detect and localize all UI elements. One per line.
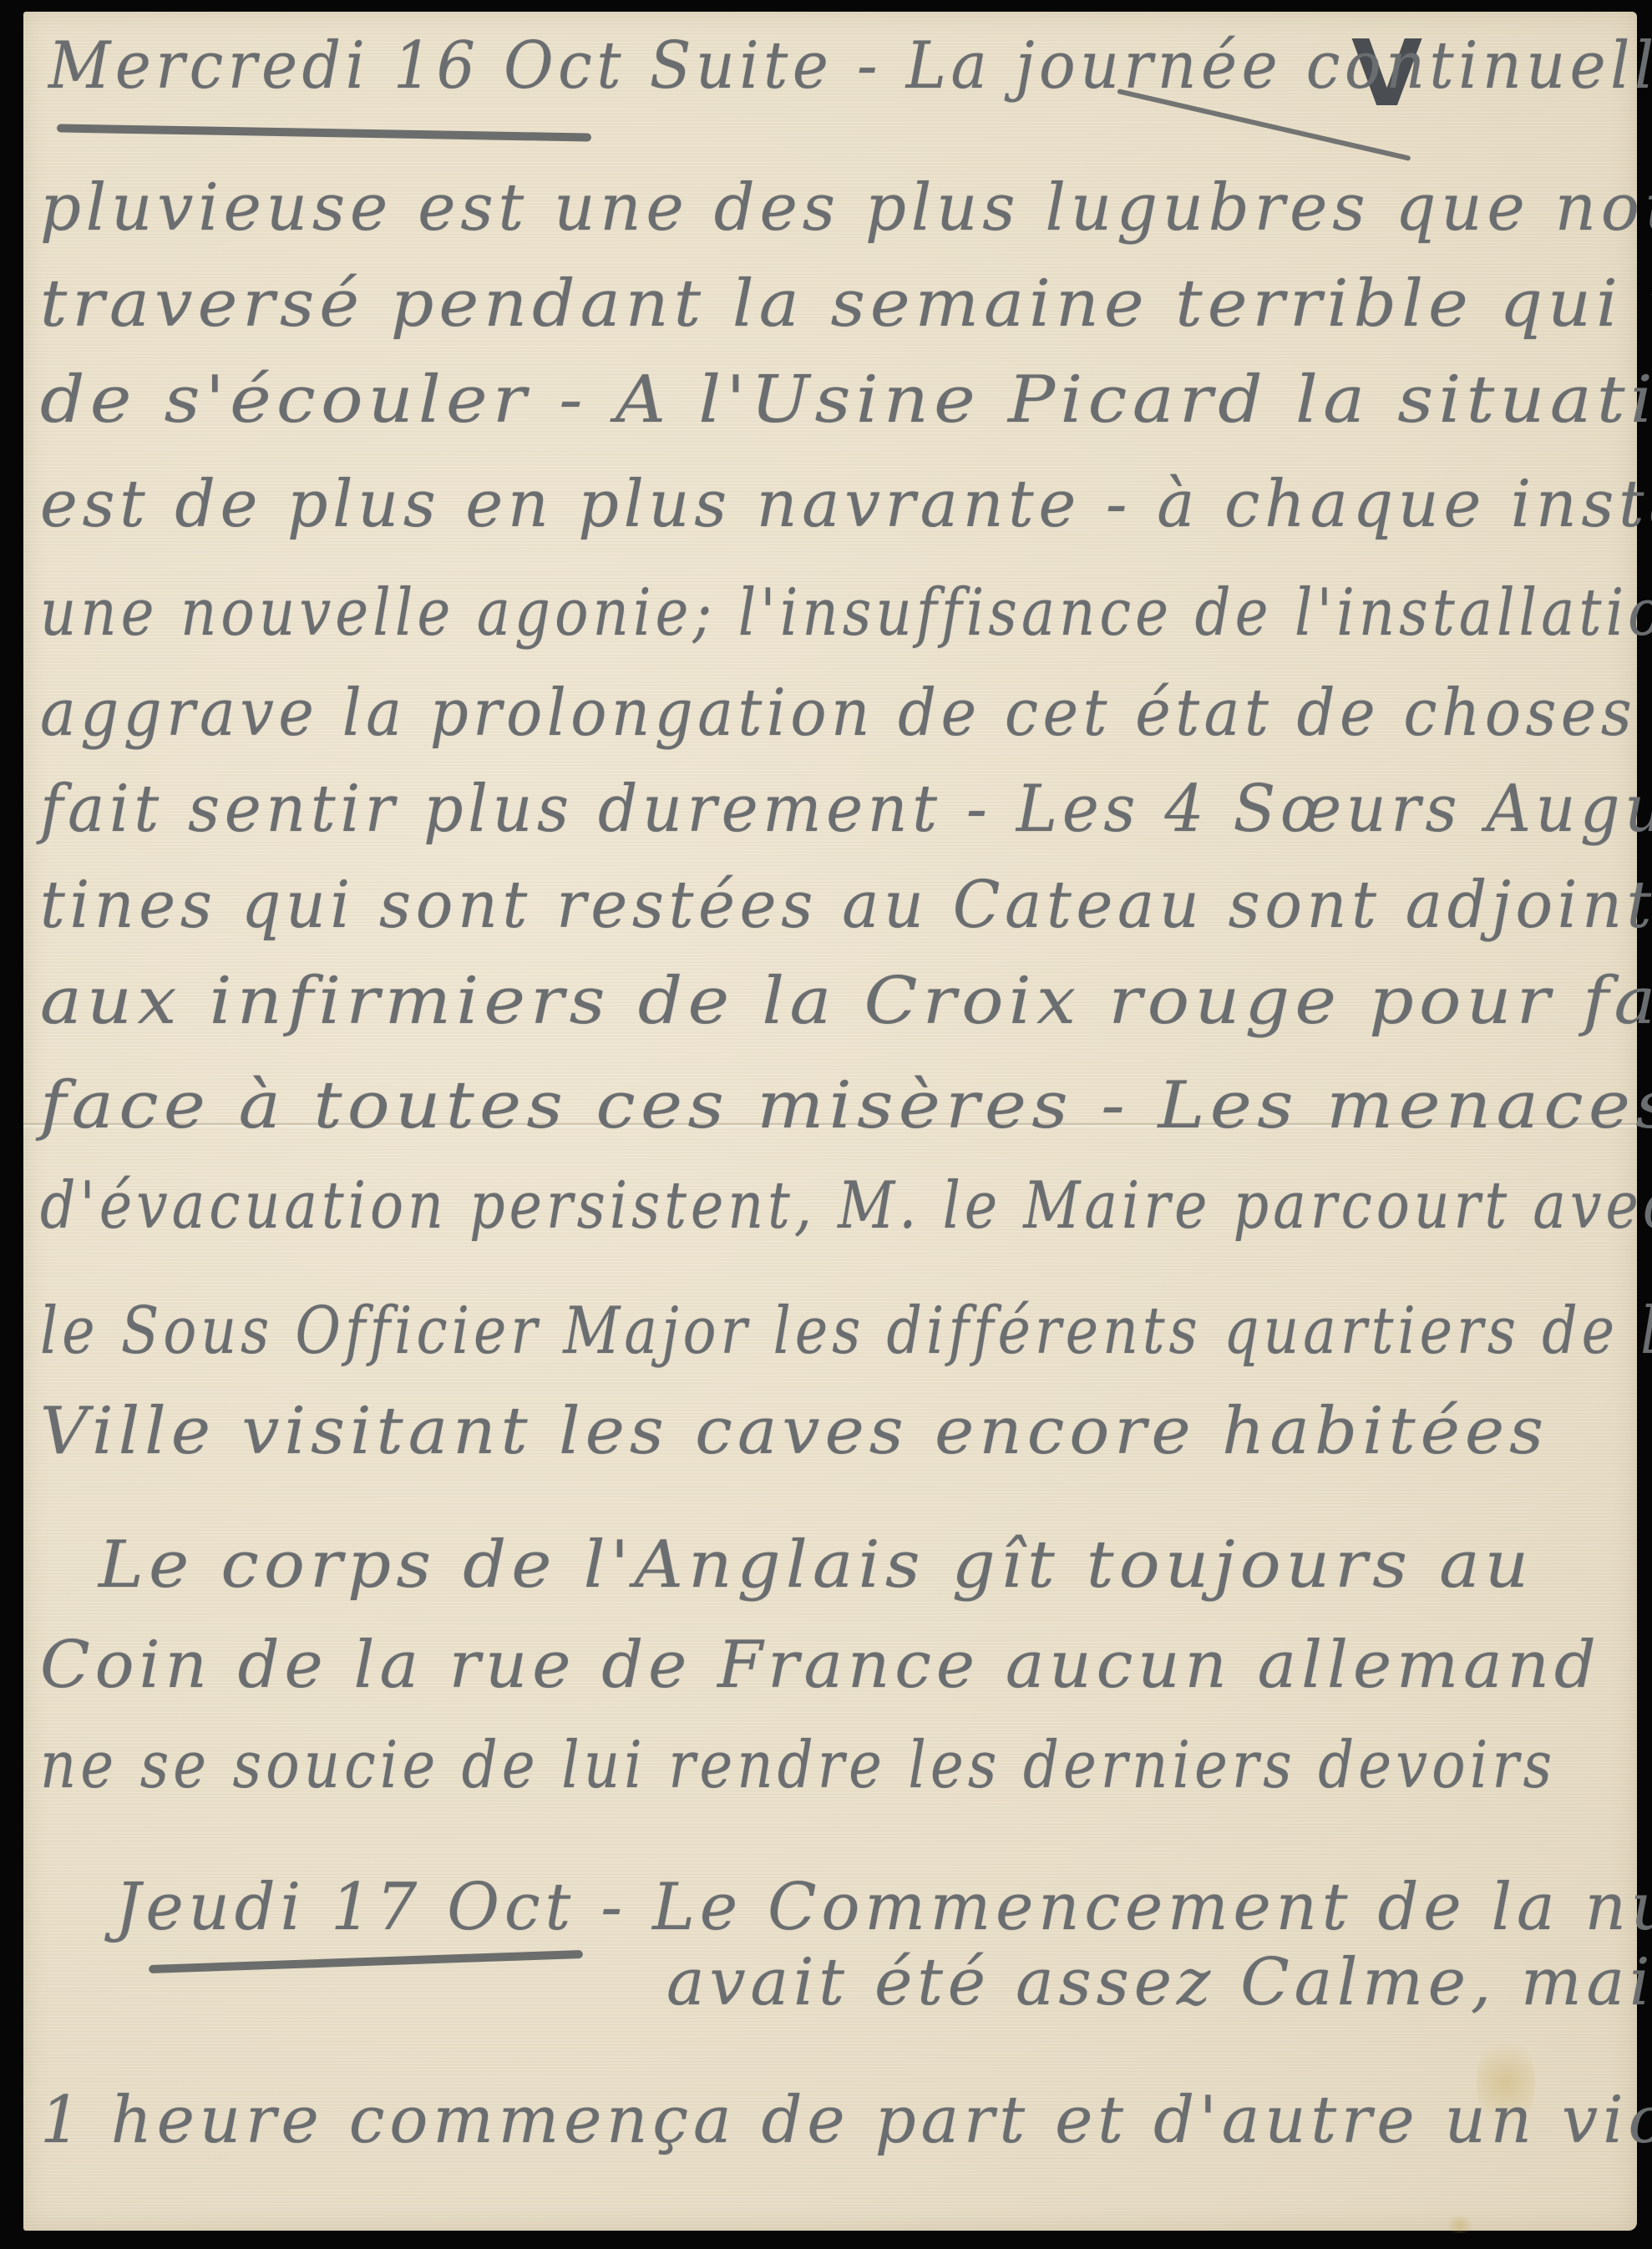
date-underline [57,124,591,141]
entry-2-line-2: avait été assez Calme, mais vers [666,1945,1652,2020]
entry-1-line-10: aux infirmiers de la Croix rouge pour fa… [40,964,1652,1039]
entry-1-line-11: face à toutes ces misères - Les menaces [40,1068,1652,1143]
entry-1-line-13: le Sous Officier Major les différents qu… [40,1294,1652,1369]
entry-2-line-1: Jeudi 17 Oct - Le Commencement de la nui… [115,1870,1652,1945]
diary-page: V Mercredi 16 Oct Suite - La journée con… [23,12,1637,2231]
entry-1-line-3: traversé pendant la semaine terrible qui… [40,266,1652,342]
entry-2-line-3: 1 heure commença de part et d'autre un v… [40,2083,1652,2158]
entry-1-line-1: Mercredi 16 Oct Suite - La journée conti… [48,28,1652,104]
entry-1-line-6: une nouvelle agonie; l'insuffisance de l… [40,575,1652,651]
entry-1-line-8: fait sentir plus durement - Les 4 Sœurs … [40,772,1652,847]
entry-1-line-14: Ville visitant les caves encore habitées [40,1394,1548,1469]
date-underline [149,1950,583,1973]
entry-1-line-12: d'évacuation persistent, M. le Maire par… [40,1168,1652,1244]
entry-1-line-2: pluvieuse est une des plus lugubres que … [40,170,1652,246]
entry-1-line-9: tines qui sont restées au Cateau sont ad… [40,868,1652,943]
entry-1-line-16: Coin de la rue de France aucun allemand [40,1628,1601,1703]
entry-1-line-4: de s'écouler - A l'Usine Picard la situa… [40,362,1652,438]
paper-stain [1443,2216,1477,2233]
entry-1-line-5: est de plus en plus navrante - à chaque … [40,467,1652,542]
entry-1-line-15: Le corps de l'Anglais gît toujours au [99,1527,1533,1603]
scan-background: V Mercredi 16 Oct Suite - La journée con… [0,0,1652,2249]
entry-1-line-17: ne se soucie de lui rendre les derniers … [40,1728,1556,1803]
entry-1-line-7: aggrave la prolongation de cet état de c… [40,676,1652,751]
